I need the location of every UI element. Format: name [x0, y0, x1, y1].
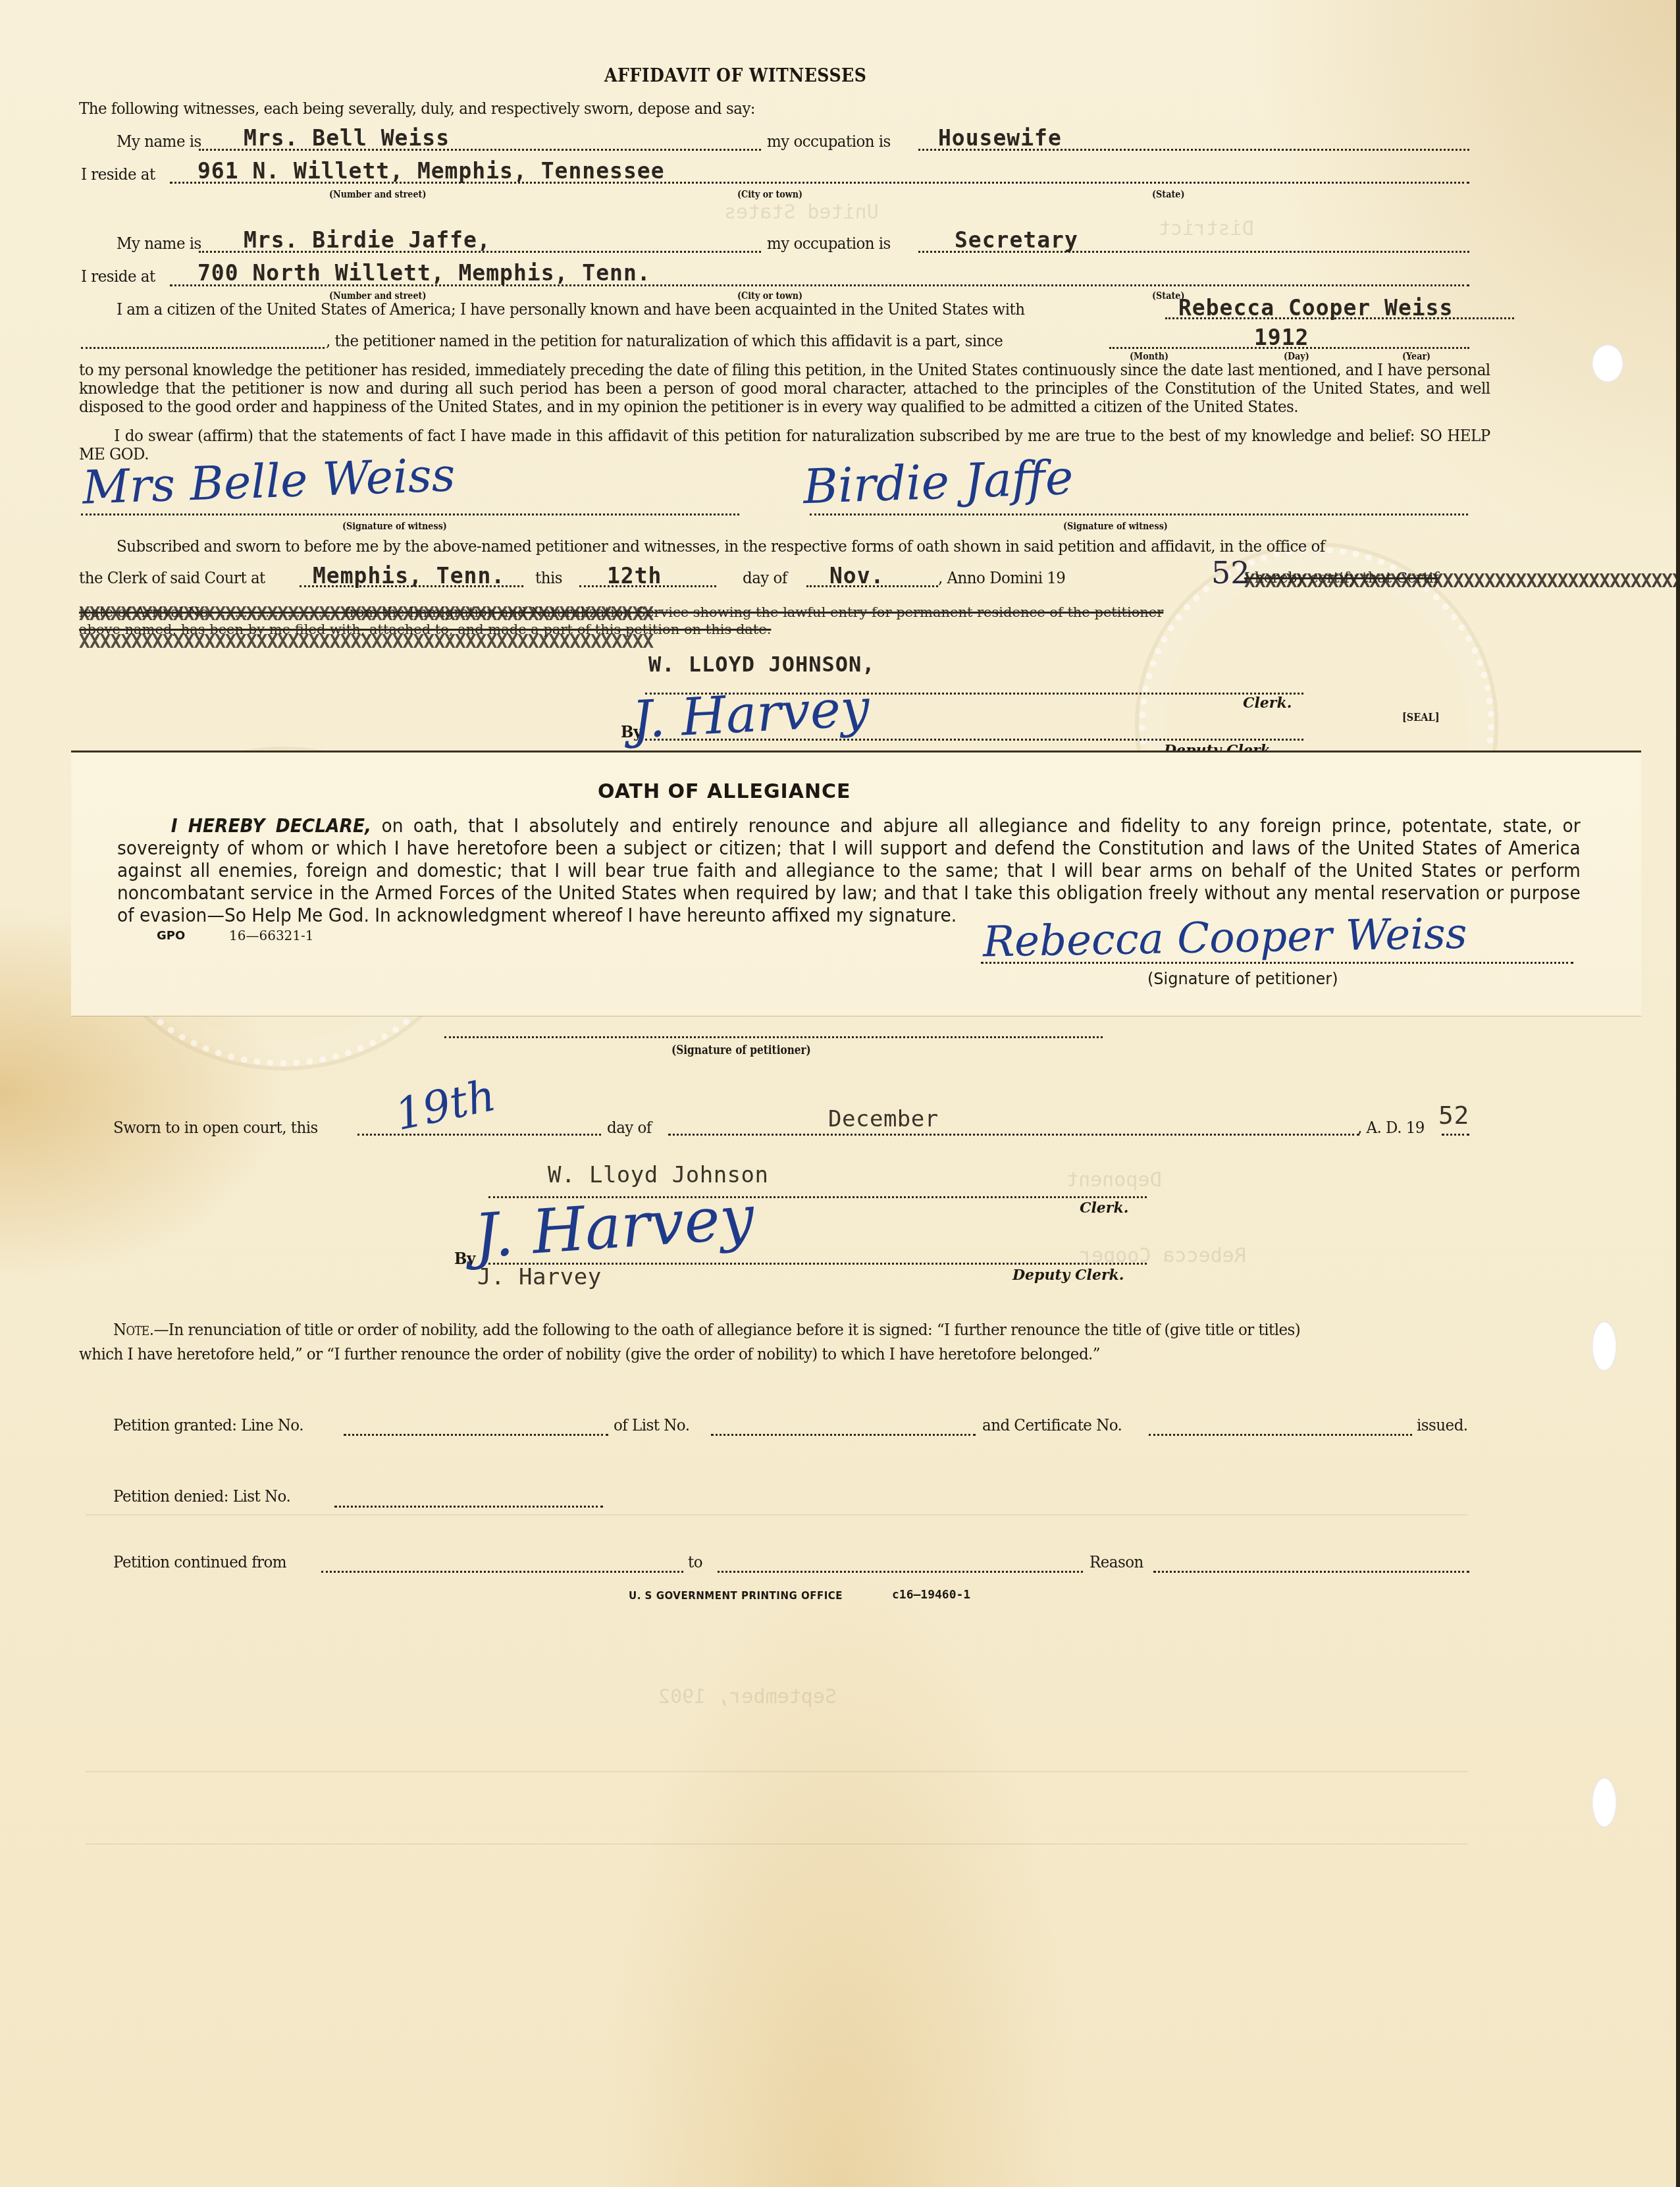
anno-domini-label: , Anno Domini 19: [938, 568, 1065, 588]
note-text-1: —In renunciation of title or order of no…: [153, 1320, 1300, 1339]
bleed-through-text: District: [1159, 217, 1254, 240]
witness-2-residence[interactable]: 700 North Willett, Memphis, Tenn.: [197, 260, 651, 286]
sworn-deputy-clerk-label: Deputy Clerk.: [1012, 1267, 1124, 1284]
oath-body: I HEREBY DECLARE, on oath, that I absolu…: [117, 815, 1581, 927]
reside-label: I reside at: [81, 165, 155, 184]
sworn-label: Sworn to in open court, this: [113, 1118, 318, 1138]
sworn-deputy-signature[interactable]: J. Harvey: [472, 1182, 756, 1271]
issued-label: issued.: [1417, 1415, 1468, 1435]
printing-office-label: U. S GOVERNMENT PRINTING OFFICE: [629, 1590, 843, 1602]
affidavit-intro: The following witnesses, each being seve…: [79, 99, 755, 119]
my-name-label: My name is: [117, 132, 201, 151]
affidavit-clerk-name: W. LLOYD JOHNSON,: [648, 652, 876, 677]
denied-list-no-field[interactable]: [334, 1506, 603, 1508]
affidavit-clerk-label: Clerk.: [1243, 695, 1292, 712]
oath-of-allegiance-slip: OATH OF ALLEGIANCE I HEREBY DECLARE, on …: [71, 751, 1641, 1016]
witness-1-occupation[interactable]: Housewife: [938, 125, 1062, 151]
occupation-label: my occupation is: [767, 132, 891, 151]
my-name-label: My name is: [117, 234, 201, 253]
seal-label: [SEAL]: [1402, 711, 1439, 724]
signature-of-witness-caption: (Signature of witness): [1063, 520, 1168, 532]
unused-petitioner-signature-line: [444, 1036, 1103, 1038]
document-page: United States District Deponent Rebecca …: [0, 0, 1680, 2187]
note-line-1: Note.—In renunciation of title or order …: [113, 1320, 1300, 1340]
petition-granted-label: Petition granted: Line No.: [113, 1415, 303, 1435]
certificate-no-field[interactable]: [1149, 1434, 1412, 1436]
petitioner-name-line-cont: [81, 347, 325, 349]
sworn-year-suffix[interactable]: 52: [1438, 1101, 1469, 1130]
reason-field[interactable]: [1153, 1571, 1469, 1573]
bleed-through-text: September, 1902: [658, 1685, 837, 1708]
bleed-through-text: Deponent: [1066, 1169, 1162, 1192]
oath-body-wrap: I HEREBY DECLARE, on oath, that I absolu…: [117, 815, 1579, 927]
redaction-x-line: XXXXXXXXXXXXXXXXXXXXXXXXXXXXXXXXXXXXXXXX…: [79, 631, 856, 652]
city-town-caption: (City or town): [737, 188, 802, 200]
punch-hole: [1592, 1778, 1617, 1828]
witness-2-name[interactable]: Mrs. Birdie Jaffe,: [244, 227, 491, 253]
clerk-of-court-label: the Clerk of said Court at: [79, 568, 265, 588]
signature-of-petitioner-caption: (Signature of petitioner): [671, 1043, 811, 1057]
citizen-statement: I am a citizen of the United States of A…: [117, 300, 1024, 319]
redaction-x-line: XXXXXXXXXXXXXXXXXXXXXXXXXXXXXXXXXXXXXXXX…: [1244, 570, 1680, 592]
petition-continued-label: Petition continued from: [113, 1552, 286, 1572]
number-street-caption: (Number and street): [329, 188, 426, 200]
granted-line-no-field[interactable]: [344, 1434, 608, 1436]
note-text-2: which I have heretofore held,” or “I fur…: [79, 1344, 1100, 1364]
reside-label: I reside at: [81, 267, 155, 286]
sworn-month-line: [668, 1134, 1359, 1136]
petitioner-clause: , the petitioner named in the petition f…: [326, 331, 1003, 351]
witness-2-signature-line: [810, 514, 1468, 515]
signature-of-witness-caption: (Signature of witness): [342, 520, 447, 532]
continued-from-field[interactable]: [321, 1571, 683, 1573]
witness-2-occupation[interactable]: Secretary: [955, 227, 1078, 253]
sworn-clerk-label: Clerk.: [1080, 1199, 1128, 1217]
oath-title: OATH OF ALLEGIANCE: [598, 780, 851, 803]
signature-of-petitioner-caption: (Signature of petitioner): [1147, 970, 1338, 988]
day-of-label: day of: [743, 568, 787, 588]
sworn-month[interactable]: December: [828, 1106, 939, 1132]
petitioner-oath-signature[interactable]: Rebecca Cooper Weiss: [982, 910, 1467, 967]
continued-to-field[interactable]: [718, 1571, 1083, 1573]
court-location[interactable]: Memphis, Tenn.: [313, 563, 505, 589]
witness-1-residence[interactable]: 961 N. Willett, Memphis, Tennessee: [197, 158, 665, 184]
bleed-through-text: United States: [724, 201, 879, 224]
of-list-label: of List No.: [614, 1415, 689, 1435]
this-label: this: [535, 568, 562, 588]
punch-hole: [1592, 344, 1623, 382]
day-of-label: day of: [607, 1118, 652, 1138]
witness-2-signature[interactable]: Birdie Jaffe: [802, 450, 1074, 514]
ad-label: , A. D. 19: [1357, 1118, 1425, 1138]
punch-hole: [1592, 1321, 1617, 1371]
page-edge: [1676, 0, 1680, 2187]
certificate-label: and Certificate No.: [982, 1415, 1122, 1435]
affidavit-title: AFFIDAVIT OF WITNESSES: [604, 65, 866, 86]
bleed-through-line: [86, 1514, 1468, 1515]
sworn-year-line: [1442, 1134, 1469, 1136]
state-caption: (State): [1152, 188, 1184, 200]
sworn-day[interactable]: 19th: [391, 1070, 500, 1140]
gpo-label: GPO: [157, 929, 185, 943]
knowledge-paragraph: to my personal knowledge the petitioner …: [79, 361, 1490, 416]
petition-denied-label: Petition denied: List No.: [113, 1487, 290, 1506]
bleed-through-line: [86, 1771, 1468, 1772]
occupation-label: my occupation is: [767, 234, 891, 253]
affidavit-month[interactable]: Nov.: [829, 563, 884, 589]
witness-1-signature-line: [81, 514, 739, 515]
by-label: By: [454, 1249, 475, 1269]
sworn-day-line: [357, 1134, 601, 1136]
oath-form-number: 16—66321-1: [229, 928, 314, 943]
oath-declare-lead: I HEREBY DECLARE,: [171, 815, 371, 837]
granted-list-no-field[interactable]: [711, 1434, 976, 1436]
affidavit-day[interactable]: 12th: [607, 563, 662, 589]
petitioner-name[interactable]: Rebecca Cooper Weiss: [1178, 295, 1453, 321]
affidavit-deputy-signature[interactable]: J. Harvey: [631, 679, 871, 751]
known-since-year[interactable]: 1912: [1254, 325, 1309, 350]
petitioner-oath-signature-line: [981, 962, 1573, 964]
subscribed-text: Subscribed and sworn to before me by the…: [117, 537, 1325, 556]
reason-label: Reason: [1089, 1552, 1143, 1572]
to-label: to: [688, 1552, 702, 1572]
sworn-deputy-typed: J. Harvey: [477, 1264, 602, 1290]
bleed-through-line: [86, 1843, 1468, 1845]
form-code: c16—19460-1: [892, 1588, 970, 1602]
note-label: Note.: [113, 1320, 153, 1339]
knowledge-paragraph-wrap: to my personal knowledge the petitioner …: [79, 361, 1494, 416]
witness-1-name[interactable]: Mrs. Bell Weiss: [244, 125, 450, 151]
